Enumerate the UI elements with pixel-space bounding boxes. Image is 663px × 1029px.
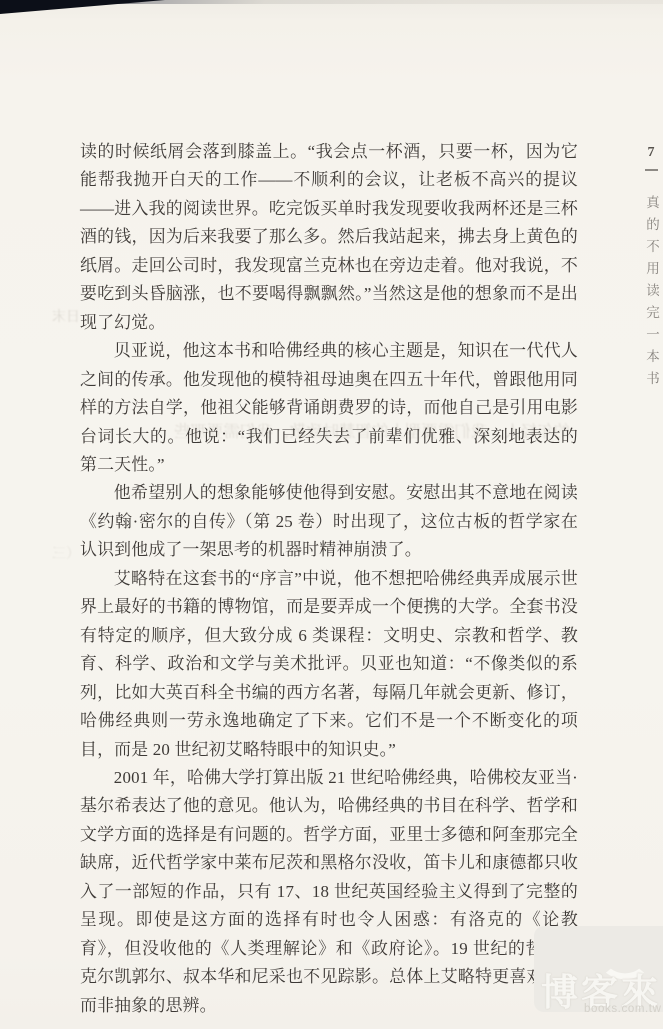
- scanned-book-page: 的年轻人，我们需要型人的智慧时致敬，我们需要那些 日末 （三 读的时候纸屑会落到…: [0, 0, 663, 1029]
- bleedthrough-text: （三: [52, 543, 80, 563]
- paragraph: 读的时候纸屑会落到膝盖上。“我会点一杯酒，只要一杯，因为它能帮我抛开白天的工作—…: [80, 138, 578, 337]
- chapter-title-vertical: 真的不用读完一本书: [640, 179, 662, 409]
- bookstore-domain-watermark: books.com.tw: [584, 1003, 662, 1015]
- running-head-divider: [645, 169, 658, 171]
- paragraph: 他希望别人的想象能够使他得到安慰。安慰出其不意地在阅读《约翰·密尔的自传》（第 …: [80, 479, 578, 564]
- paragraph: 艾略特在这套书的“序言”中说，他不想把哈佛经典弄成展示世界上最好的书籍的博物馆，…: [80, 565, 578, 764]
- body-text: 读的时候纸屑会落到膝盖上。“我会点一杯酒，只要一杯，因为它能帮我抛开白天的工作—…: [80, 138, 578, 1020]
- scan-corner-shadow-artifact: [0, 0, 165, 14]
- paragraph: 贝亚说，他这本书和哈佛经典的核心主题是，知识在一代代人之间的传承。他发现他的模特…: [80, 337, 578, 479]
- page-number: 7: [640, 146, 662, 160]
- paragraph: 2001 年，哈佛大学打算出版 21 世纪哈佛经典，哈佛校友亚当·基尔希表达了他…: [80, 764, 578, 1020]
- bleedthrough-text: 日末: [52, 306, 80, 326]
- running-head: 7 真的不用读完一本书: [640, 146, 662, 409]
